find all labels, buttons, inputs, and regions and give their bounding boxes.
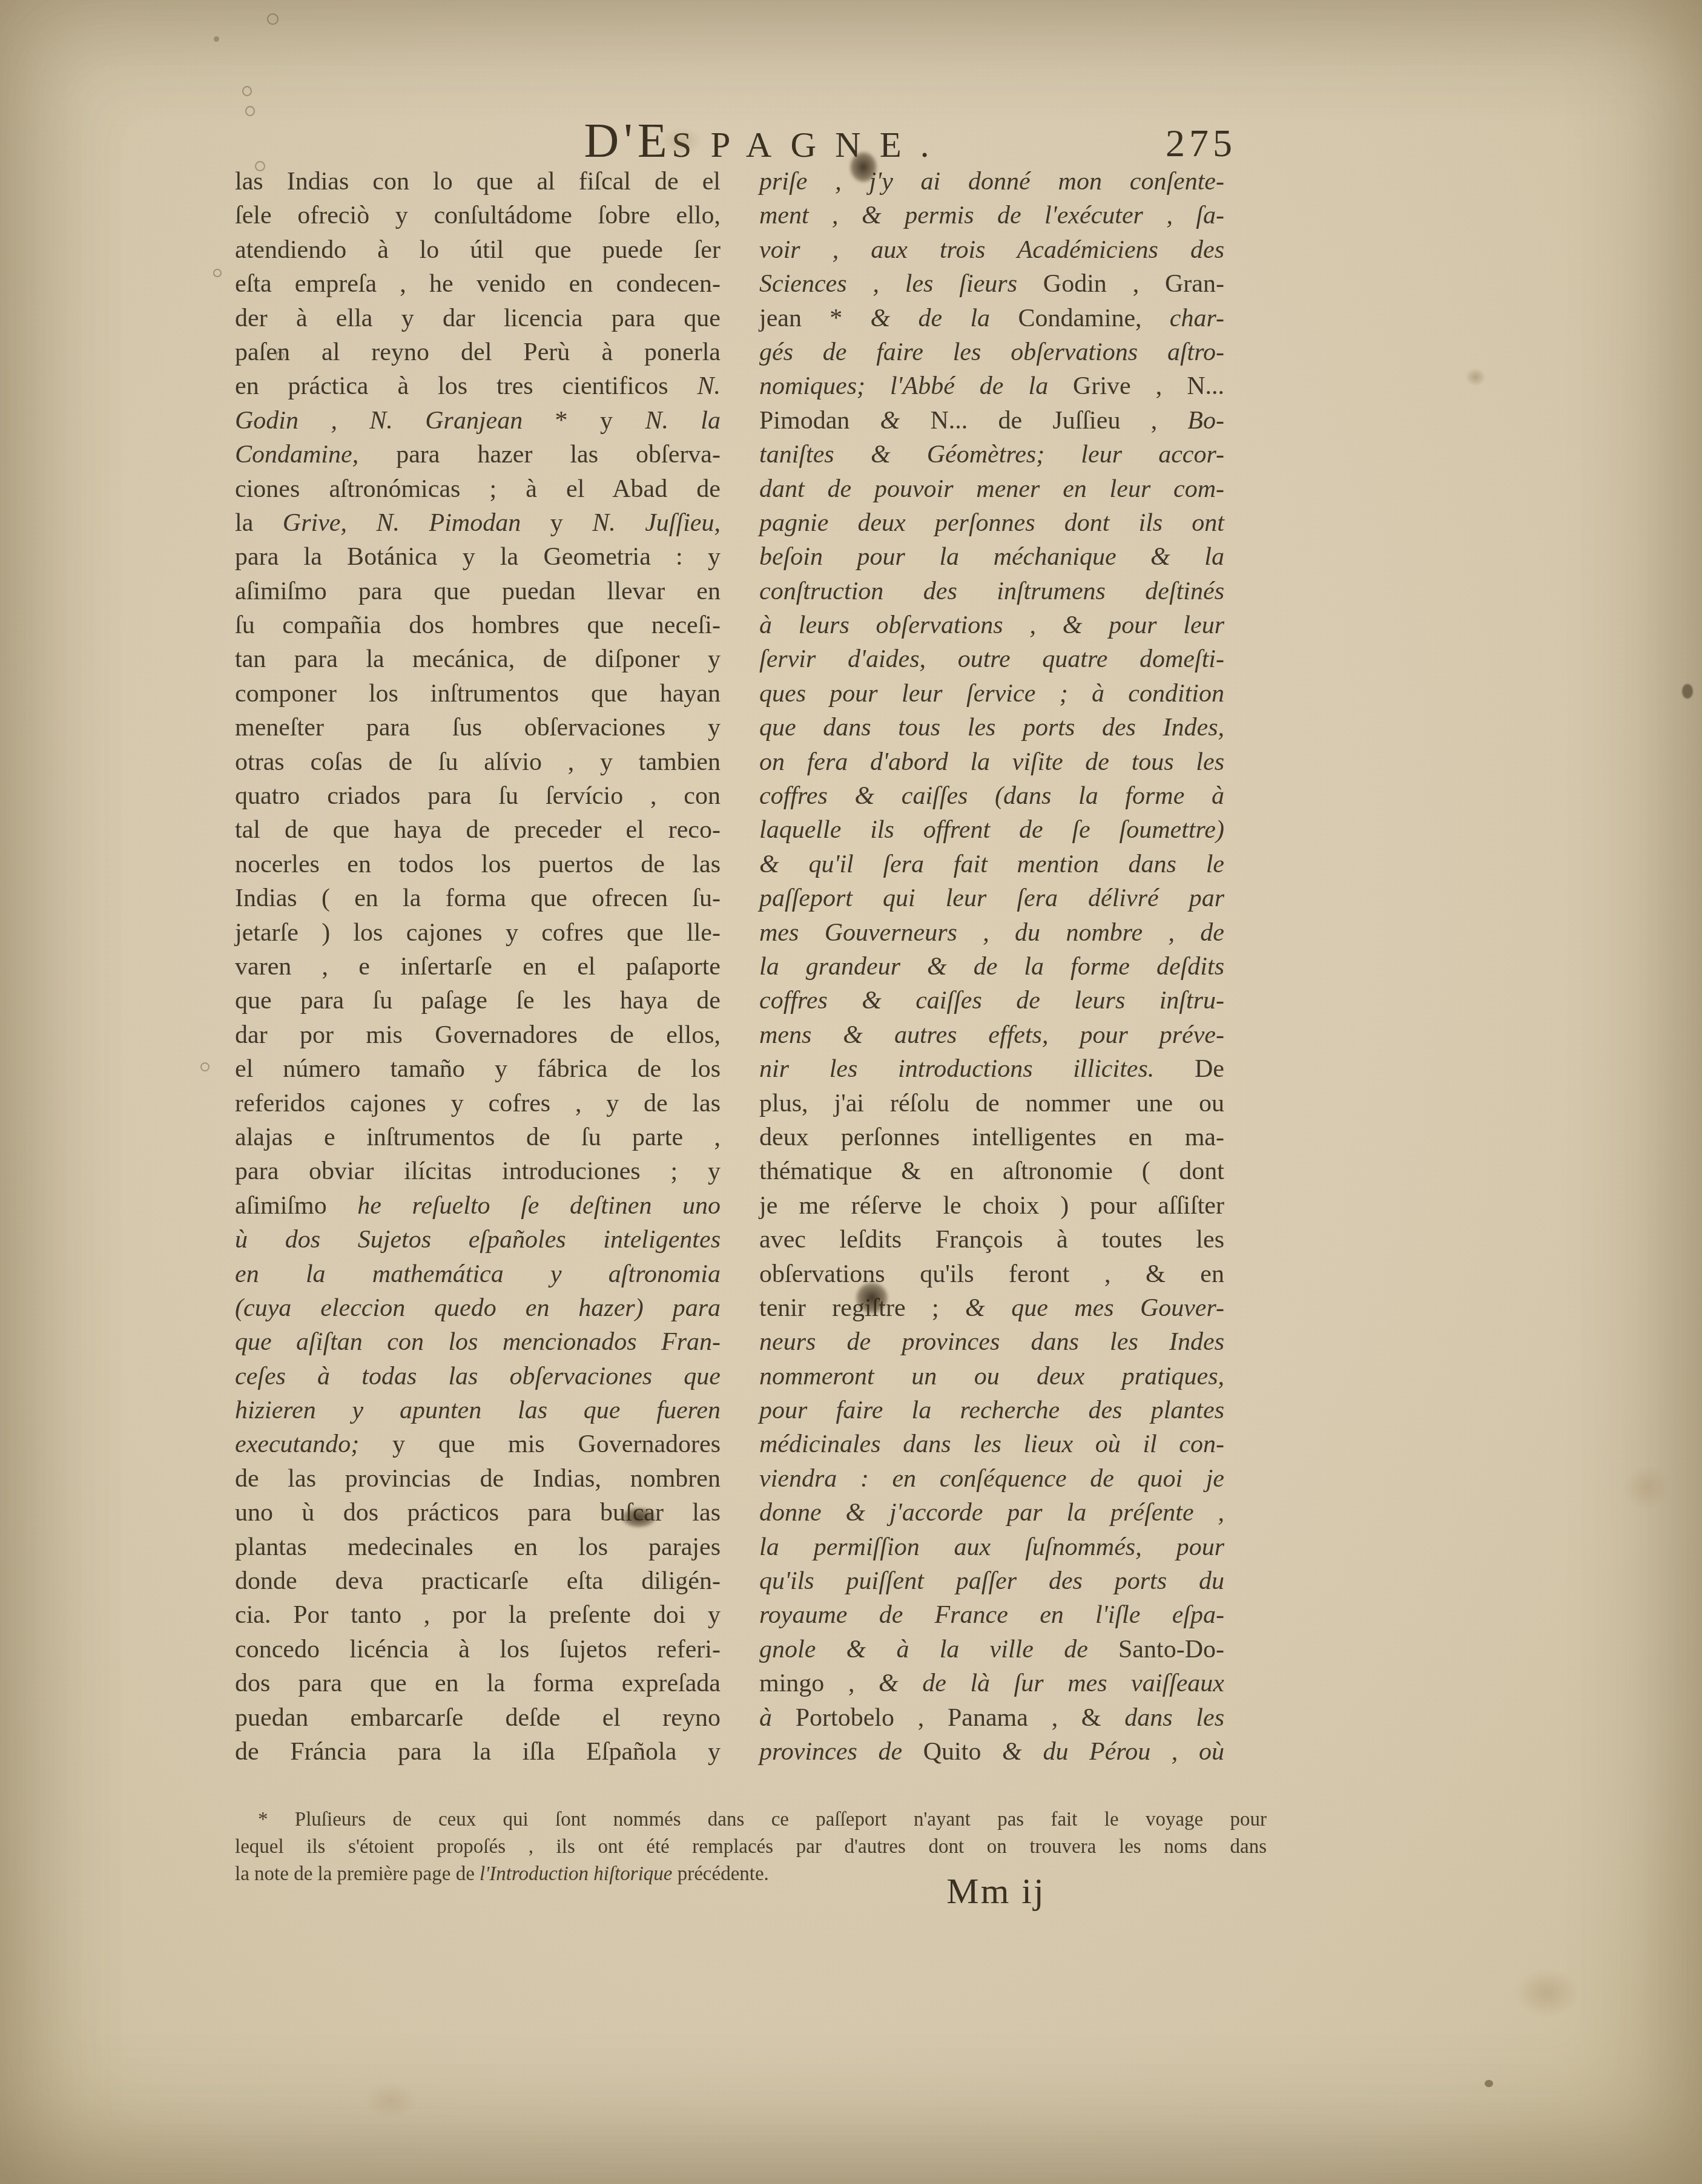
text-line: uno ù dos prácticos para buſcar las bbox=[235, 1496, 721, 1530]
text-line: jetarſe ) los cajones y cofres que lle- bbox=[235, 916, 721, 950]
text-line: de Fráncia para la iſla Eſpañola y bbox=[235, 1735, 721, 1769]
text-line: deux perſonnes intelligentes en ma- bbox=[759, 1120, 1224, 1154]
text-line: paſen al reyno del Perù à ponerla bbox=[235, 335, 721, 369]
text-line: priſe , j'y ai donné mon conſente- bbox=[759, 165, 1224, 199]
text-line: conſtruction des inſtrumens deſtinés bbox=[759, 574, 1224, 608]
left-column-spanish-text: las Indias con lo que al fiſcal de elſel… bbox=[235, 165, 721, 1769]
text-line: Sciences , les ſieurs Godin , Gran- bbox=[759, 267, 1224, 301]
text-line: aſimiſmo he reſuelto ſe deſtinen uno bbox=[235, 1189, 721, 1223]
text-line: para obviar ilícitas introduciones ; y bbox=[235, 1154, 721, 1188]
text-line: dos para que en la forma expreſada bbox=[235, 1666, 721, 1700]
text-line: laquelle ils offrent de ſe ſoumettre) bbox=[759, 813, 1224, 847]
text-line: médicinales dans les lieux où il con- bbox=[759, 1427, 1224, 1461]
text-line: à leurs obſervations , & pour leur bbox=[759, 608, 1224, 642]
right-column-french-text: priſe , j'y ai donné mon conſente-ment ,… bbox=[759, 165, 1224, 1769]
text-line: plantas medecinales en los parajes bbox=[235, 1530, 721, 1564]
footnote: * Pluſieurs de ceux qui ſont nommés dans… bbox=[235, 1806, 1267, 1888]
text-line: tan para la mecánica, de diſponer y bbox=[235, 642, 721, 676]
foxing-stain bbox=[1623, 1465, 1671, 1510]
text-line: alajas e inſtrumentos de ſu parte , bbox=[235, 1120, 721, 1154]
text-line: donne & j'accorde par la préſente , bbox=[759, 1496, 1224, 1530]
text-line: dant de pouvoir mener en leur com- bbox=[759, 472, 1224, 506]
text-line: la Grive, N. Pimodan y N. Juſſieu, bbox=[235, 506, 721, 540]
margin-mark bbox=[200, 1062, 209, 1071]
text-line: taniſtes & Géomètres; leur accor- bbox=[759, 438, 1224, 472]
text-line: nir les introductions illicites. De bbox=[759, 1052, 1224, 1086]
book-page: D'ESPAGNE. 275 las Indias con lo que al … bbox=[0, 0, 1702, 2184]
text-line: ciones aſtronómicas ; à el Abad de bbox=[235, 472, 721, 506]
margin-mark bbox=[242, 86, 252, 96]
text-line: coffres & caiſſes (dans la forme à bbox=[759, 779, 1224, 813]
text-line: mingo , & de là ſur mes vaiſſeaux bbox=[759, 1666, 1224, 1700]
ink-speck bbox=[1485, 2080, 1493, 2087]
text-line: tal de que haya de preceder el reco- bbox=[235, 813, 721, 847]
text-line: & qu'il ſera fait mention dans le bbox=[759, 847, 1224, 881]
text-line: nomiques; l'Abbé de la Grive , N... bbox=[759, 369, 1224, 403]
text-line: provinces de Quito & du Pérou , où bbox=[759, 1735, 1224, 1769]
running-title-rest: SPAGNE. bbox=[672, 125, 948, 165]
text-line: mens & autres effets, pour préve- bbox=[759, 1018, 1224, 1052]
text-line: pour faire la recherche des plantes bbox=[759, 1393, 1224, 1427]
text-line: cia. Por tanto , por la preſente doi y bbox=[235, 1598, 721, 1632]
text-line: à Portobelo , Panama , & dans les bbox=[759, 1701, 1224, 1735]
text-line: voir , aux trois Académiciens des bbox=[759, 233, 1224, 267]
text-line: obſervations qu'ils feront , & en bbox=[759, 1257, 1224, 1291]
text-line: en la mathemática y aſtronomia bbox=[235, 1257, 721, 1291]
running-title: D'ESPAGNE. bbox=[548, 114, 984, 169]
text-line: de las provincias de Indias, nombren bbox=[235, 1462, 721, 1496]
text-line: las Indias con lo que al fiſcal de el bbox=[235, 165, 721, 199]
text-line: viendra : en conſéquence de quoi je bbox=[759, 1462, 1224, 1496]
text-line: qu'ils puiſſent paſſer des ports du bbox=[759, 1564, 1224, 1598]
text-line: Pimodan & N... de Juſſieu , Bo- bbox=[759, 404, 1224, 438]
text-line: mes Gouverneurs , du nombre , de bbox=[759, 916, 1224, 950]
text-line: avec leſdits François à toutes les bbox=[759, 1223, 1224, 1257]
text-line: para la Botánica y la Geometria : y bbox=[235, 540, 721, 574]
foxing-stain bbox=[1514, 1967, 1580, 2018]
text-line: ſervir d'aides, outre quatre domeſti- bbox=[759, 642, 1224, 676]
text-line: atendiendo à lo útil que puede ſer bbox=[235, 233, 721, 267]
text-line: referidos cajones y cofres , y de las bbox=[235, 1087, 721, 1120]
text-line: que dans tous les ports des Indes, bbox=[759, 711, 1224, 745]
text-line: plus, j'ai réſolu de nommer une ou bbox=[759, 1087, 1224, 1120]
foxing-stain bbox=[363, 2082, 418, 2119]
text-line: concedo licéncia à los ſujetos referi- bbox=[235, 1633, 721, 1666]
text-line: aſimiſmo para que puedan llevar en bbox=[235, 574, 721, 608]
text-line: der à ella y dar licencia para que bbox=[235, 301, 721, 335]
text-line: la note de la première page de l'Introdu… bbox=[235, 1861, 1267, 1888]
text-line: componer los inſtrumentos que hayan bbox=[235, 677, 721, 711]
text-line: puedan embarcarſe deſde el reyno bbox=[235, 1701, 721, 1735]
text-line: eſta empreſa , he venido en condecen- bbox=[235, 267, 721, 301]
text-line: Godin , N. Granjean * y N. la bbox=[235, 404, 721, 438]
text-line: royaume de France en l'iſle eſpa- bbox=[759, 1598, 1224, 1632]
text-line: ment , & permis de l'exécuter , ſa- bbox=[759, 199, 1224, 232]
signature-mark: Mm ij bbox=[908, 1870, 1084, 1912]
text-line: thématique & en aſtronomie ( dont bbox=[759, 1154, 1224, 1188]
margin-mark bbox=[267, 13, 279, 25]
text-line: que para ſu paſage ſe les haya de bbox=[235, 984, 721, 1018]
text-line: la permiſſion aux ſuſnommés, pour bbox=[759, 1530, 1224, 1564]
text-line: Condamine, para hazer las obſerva- bbox=[235, 438, 721, 472]
text-line: gés de faire les obſervations aſtro- bbox=[759, 335, 1224, 369]
text-line: pagnie deux perſonnes dont ils ont bbox=[759, 506, 1224, 540]
margin-mark bbox=[214, 36, 219, 42]
text-line: lequel ils s'étoient propoſés , ils ont … bbox=[235, 1834, 1267, 1861]
page-number: 275 bbox=[1166, 121, 1262, 166]
text-line: * Pluſieurs de ceux qui ſont nommés dans… bbox=[235, 1806, 1267, 1834]
text-line: meneſter para ſus obſervaciones y bbox=[235, 711, 721, 745]
text-line: en práctica à los tres cientificos N. bbox=[235, 369, 721, 403]
text-line: quatro criados para ſu ſervício , con bbox=[235, 779, 721, 813]
text-line: Indias ( en la forma que ofrecen ſu- bbox=[235, 881, 721, 915]
text-line: ceſes à todas las obſervaciones que bbox=[235, 1360, 721, 1393]
text-line: la grandeur & de la forme deſdits bbox=[759, 950, 1224, 984]
margin-mark bbox=[245, 106, 255, 116]
text-line: on fera d'abord la viſite de tous les bbox=[759, 745, 1224, 779]
running-title-lead: D'E bbox=[584, 114, 672, 168]
ink-speck bbox=[1682, 684, 1693, 699]
text-line: je me réſerve le choix ) pour aſſiſter bbox=[759, 1189, 1224, 1223]
foxing-stain bbox=[1465, 368, 1486, 386]
text-line: tenir regiſtre ; & que mes Gouver- bbox=[759, 1291, 1224, 1325]
text-line: coffres & caiſſes de leurs inſtru- bbox=[759, 984, 1224, 1018]
text-line: nocerles en todos los puertos de las bbox=[235, 847, 721, 881]
text-line: neurs de provinces dans les Indes bbox=[759, 1325, 1224, 1359]
text-line: nommeront un ou deux pratiques, bbox=[759, 1360, 1224, 1393]
text-line: jean * & de la Condamine, char- bbox=[759, 301, 1224, 335]
text-line: hizieren y apunten las que fueren bbox=[235, 1393, 721, 1427]
text-line: ques pour leur ſervice ; à condition bbox=[759, 677, 1224, 711]
text-line: ſele ofreciò y conſultádome ſobre ello, bbox=[235, 199, 721, 232]
text-line: (cuya eleccion quedo en hazer) para bbox=[235, 1291, 721, 1325]
text-line: ù dos Sujetos eſpañoles inteligentes bbox=[235, 1223, 721, 1257]
text-line: beſoin pour la méchanique & la bbox=[759, 540, 1224, 574]
text-line: donde deva practicarſe eſta diligén- bbox=[235, 1564, 721, 1598]
text-line: otras coſas de ſu alívio , y tambien bbox=[235, 745, 721, 779]
text-line: executando; y que mis Governadores bbox=[235, 1427, 721, 1461]
margin-mark bbox=[213, 269, 222, 277]
text-line: que aſiſtan con los mencionados Fran- bbox=[235, 1325, 721, 1359]
text-line: dar por mis Governadores de ellos, bbox=[235, 1018, 721, 1052]
text-line: ſu compañia dos hombres que neceſi- bbox=[235, 608, 721, 642]
text-line: gnole & à la ville de Santo-Do- bbox=[759, 1633, 1224, 1666]
text-line: el número tamaño y fábrica de los bbox=[235, 1052, 721, 1086]
text-line: paſſeport qui leur ſera délivré par bbox=[759, 881, 1224, 915]
text-line: varen , e inſertarſe en el paſaporte bbox=[235, 950, 721, 984]
